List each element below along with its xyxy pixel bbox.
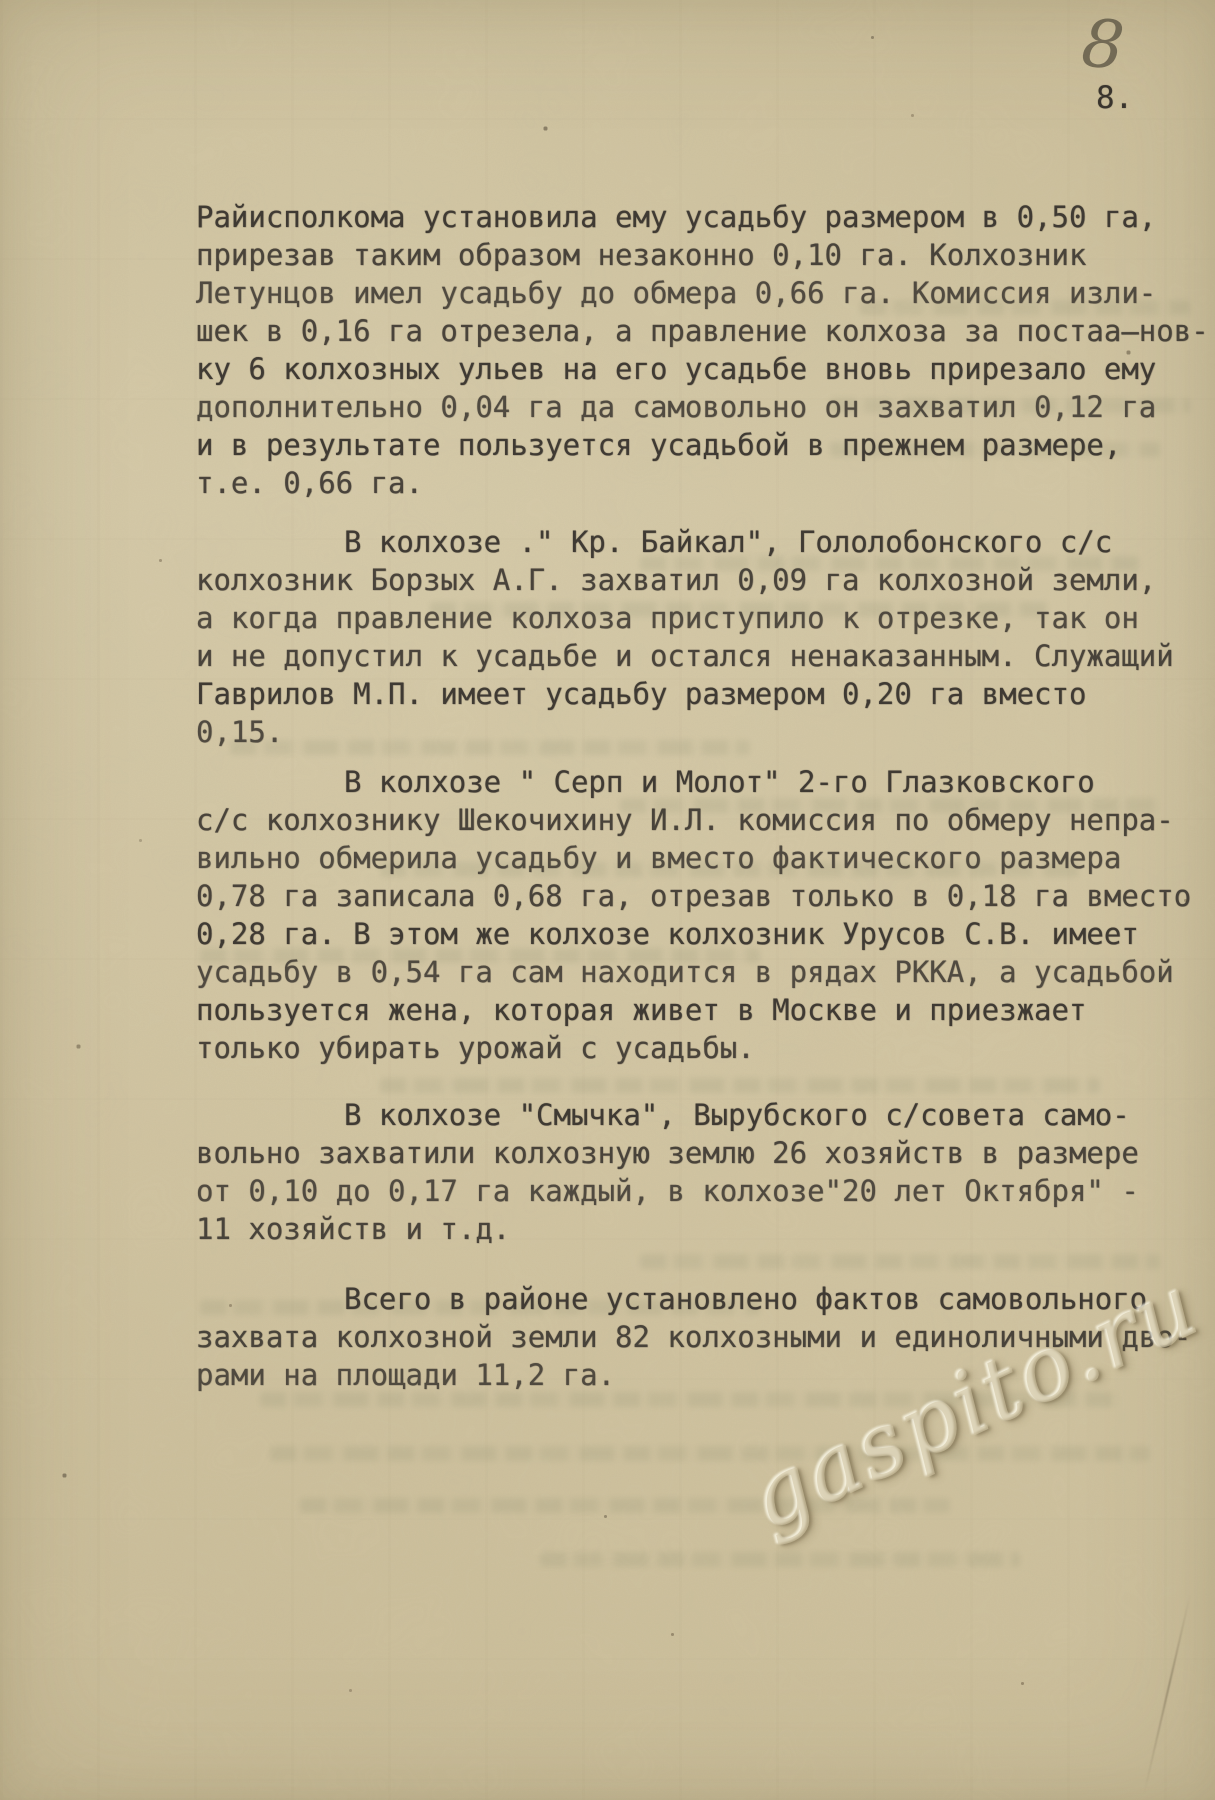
text-line: Райисполкома установила ему усадьбу разм… [196, 198, 1215, 236]
typewritten-document-text: Райисполкома установила ему усадьбу разм… [196, 0, 1215, 1800]
text-line: ку 6 колхозных ульев на его усадьбе внов… [196, 350, 1215, 388]
text-line: В колхозе ." Кр. Байкал", Гололобонского… [196, 523, 1215, 561]
text-line: 11 хозяйств и т.д. [196, 1210, 1215, 1248]
text-line: Гаврилов М.П. имеет усадьбу размером 0,2… [196, 675, 1215, 713]
text-line: усадьбу в 0,54 га сам находится в рядах … [196, 953, 1215, 991]
text-line: В колхозе "Смычка", Вырубского с/совета … [196, 1096, 1215, 1134]
text-line: В колхозе " Серп и Молот" 2-го Глазковск… [196, 763, 1215, 801]
scanned-document-page: 8 8. Райисполкома установила ему усадьбу… [0, 0, 1215, 1800]
paper-specks [0, 0, 1, 1]
text-line: и в результате пользуется усадьбой в пре… [196, 426, 1215, 464]
text-line: и не допустил к усадьбе и остался ненака… [196, 637, 1215, 675]
text-line: 0,15. [196, 713, 1215, 751]
text-line: прирезав таким образом незаконно 0,10 га… [196, 236, 1215, 274]
text-line: дополнительно 0,04 га да самовольно он з… [196, 388, 1215, 426]
text-line: 0,78 га записала 0,68 га, отрезав только… [196, 877, 1215, 915]
text-line: только убирать урожай с усадьбы. [196, 1029, 1215, 1067]
text-line: с/с колхознику Шекочихину И.Л. комиссия … [196, 801, 1215, 839]
text-line: вольно захватили колхозную землю 26 хозя… [196, 1134, 1215, 1172]
text-line: т.е. 0,66 га. [196, 464, 1215, 502]
text-line: шек в 0,16 га отрезела, а правление колх… [196, 312, 1215, 350]
text-line: колхозник Борзых А.Г. захватил 0,09 га к… [196, 561, 1215, 599]
text-line: а когда правление колхоза приступило к о… [196, 599, 1215, 637]
text-line: вильно обмерила усадьбу и вместо фактиче… [196, 839, 1215, 877]
paragraph-3: В колхозе " Серп и Молот" 2-го Глазковск… [196, 763, 1215, 1067]
paragraph-2: В колхозе ." Кр. Байкал", Гололобонского… [196, 523, 1215, 751]
text-line: пользуется жена, которая живет в Москве … [196, 991, 1215, 1029]
text-line: от 0,10 до 0,17 га каждый, в колхозе"20 … [196, 1172, 1215, 1210]
text-line: 0,28 га. В этом же колхозе колхозник Уру… [196, 915, 1215, 953]
paragraph-4: В колхозе "Смычка", Вырубского с/совета … [196, 1096, 1215, 1248]
text-line: Летунцов имел усадьбу до обмера 0,66 га.… [196, 274, 1215, 312]
paragraph-1: Райисполкома установила ему усадьбу разм… [196, 198, 1215, 502]
